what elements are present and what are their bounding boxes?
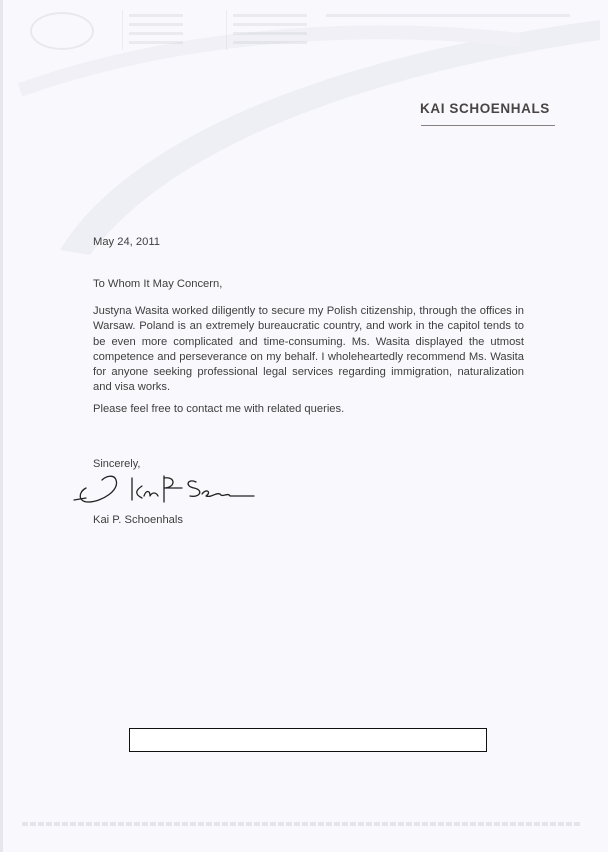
- redacted-text-box: [129, 728, 487, 752]
- faded-logo-icon: [30, 12, 94, 50]
- letter-date: May 24, 2011: [93, 236, 160, 248]
- letter-body: Justyna Wasita worked diligently to secu…: [93, 304, 524, 396]
- letterhead-divider: [421, 125, 555, 126]
- faded-footer-bleedthrough: [22, 822, 582, 826]
- handwritten-signature: [72, 472, 257, 508]
- faded-letterhead-bleedthrough: [30, 4, 600, 52]
- letterhead-name: KAI SCHOENHALS: [420, 101, 550, 116]
- letter-page: KAI SCHOENHALS May 24, 2011 To Whom It M…: [0, 0, 608, 852]
- salutation: To Whom It May Concern,: [93, 278, 222, 290]
- signer-name: Kai P. Schoenhals: [93, 514, 183, 526]
- closing-paragraph: Please feel free to contact me with rela…: [93, 403, 344, 415]
- valediction: Sincerely,: [93, 458, 140, 470]
